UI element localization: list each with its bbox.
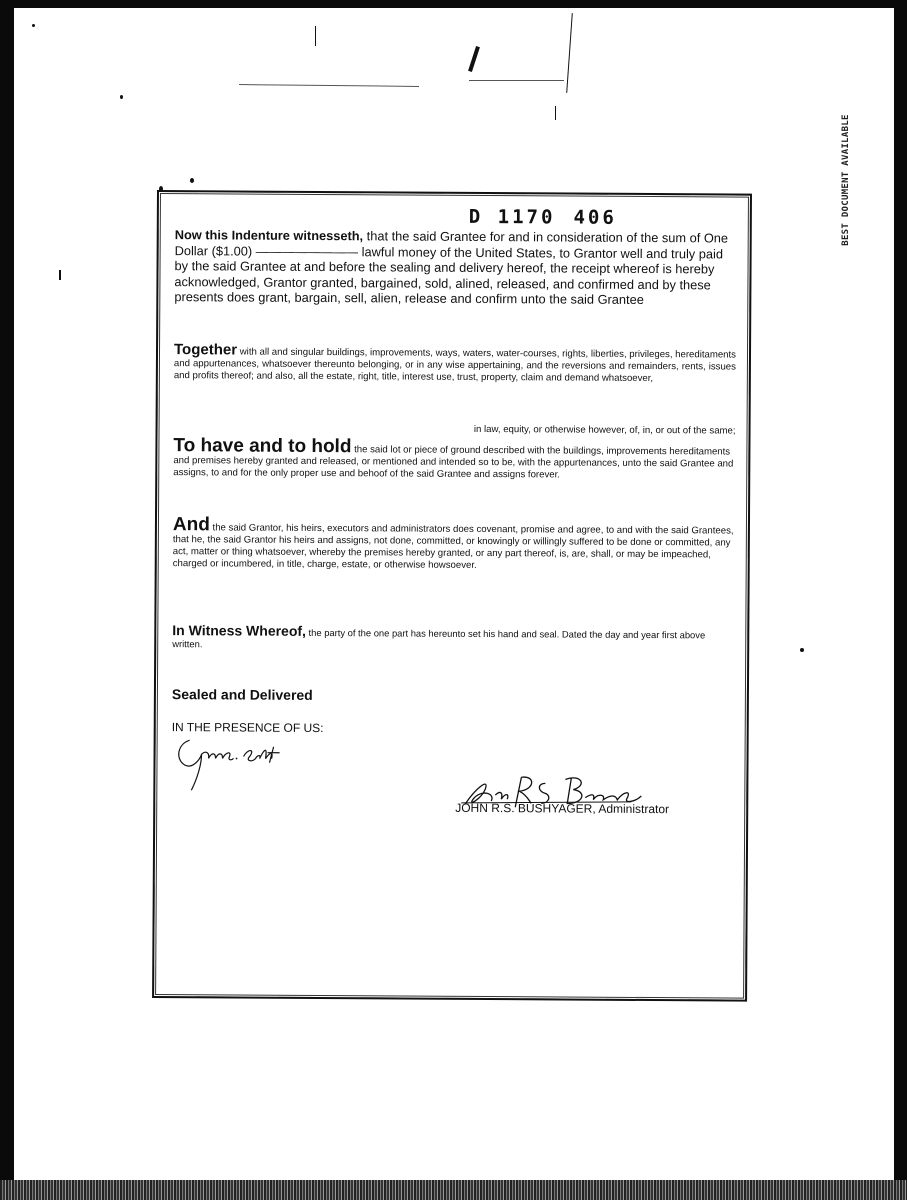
habendum-paragraph: To have and to hold the said lot or piec… (173, 440, 735, 482)
scan-mark (315, 26, 316, 46)
together-lead: Together (174, 341, 237, 358)
scan-mark (555, 106, 556, 120)
together-paragraph: Together with all and singular buildings… (174, 344, 736, 385)
habendum-lead: To have and to hold (173, 435, 351, 457)
covenant-body: the said Grantor, his heirs, executors a… (173, 522, 734, 571)
witness-signature-icon (175, 730, 305, 801)
covenant-paragraph: And the said Grantor, his heirs, executo… (173, 519, 735, 573)
deed-box: D 1170406 Now this Indenture witnesseth,… (152, 190, 752, 1002)
scan-noise (0, 1180, 907, 1200)
indenture-paragraph: Now this Indenture witnesseth, that the … (174, 227, 736, 308)
deed-number: D 1170406 (469, 206, 617, 229)
scan-mark (239, 84, 419, 87)
scan-mark (566, 13, 573, 93)
covenant-lead: And (173, 514, 210, 535)
sealed-delivered-heading: Sealed and Delivered (172, 686, 313, 703)
scan-mark (468, 46, 480, 72)
scan-mark (469, 80, 564, 81)
witness-lead: In Witness Whereof, (172, 622, 306, 639)
administrator-name: JOHN R.S. BUSHYAGER, Administrator (455, 801, 669, 816)
together-body: with all and singular buildings, improve… (174, 346, 736, 384)
indenture-lead: Now this Indenture witnesseth, (175, 227, 364, 243)
best-document-stamp: BEST DOCUMENT AVAILABLE (836, 105, 856, 255)
witness-paragraph: In Witness Whereof, the party of the one… (172, 624, 734, 653)
